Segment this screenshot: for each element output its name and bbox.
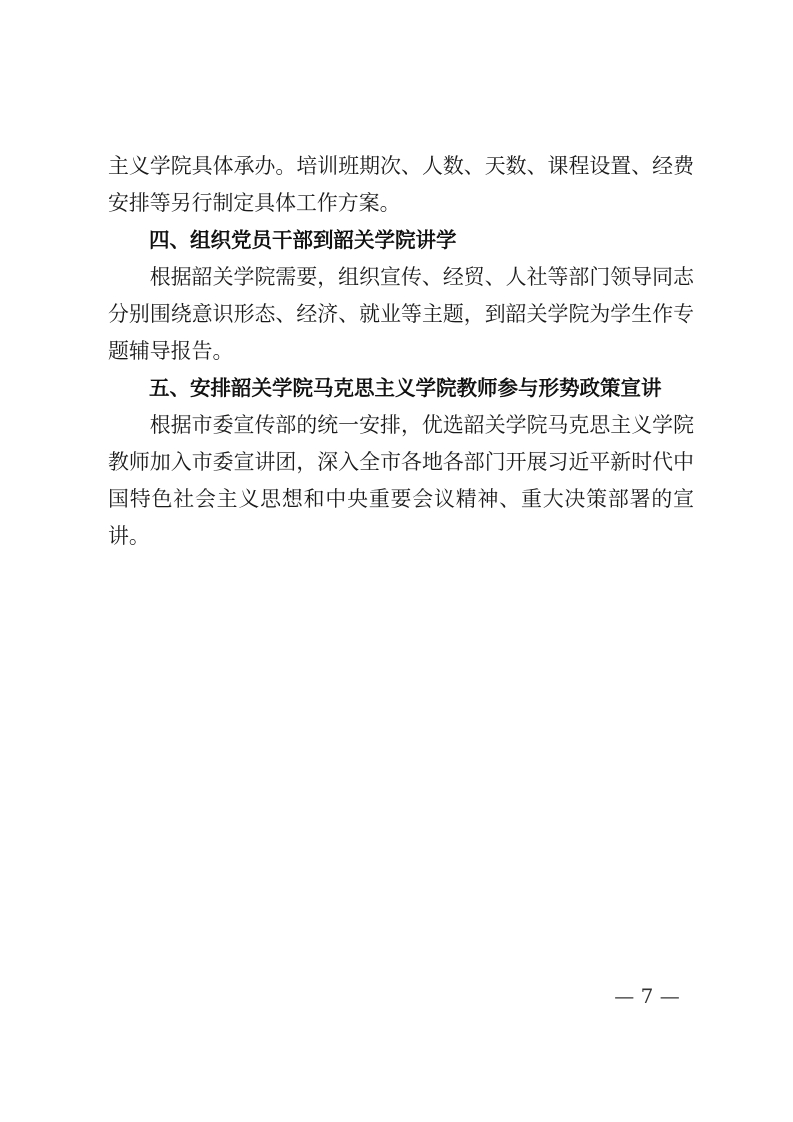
page-number: — 7 — [612,984,682,1008]
section-heading-5: 五、安排韶关学院马克思主义学院教师参与形势政策宣讲 [108,370,694,407]
body-paragraph-section-5: 根据市委宣传部的统一安排，优选韶关学院马克思主义学院教师加入市委宣讲团，深入全市… [108,407,694,555]
body-paragraph-section-4: 根据韶关学院需要，组织宣传、经贸、人社等部门领导同志分别围绕意识形态、经济、就业… [108,259,694,370]
body-paragraph-continued: 主义学院具体承办。培训班期次、人数、天数、课程设置、经费安排等另行制定具体工作方… [108,148,694,222]
document-body: 主义学院具体承办。培训班期次、人数、天数、课程设置、经费安排等另行制定具体工作方… [108,148,694,555]
section-heading-4: 四、组织党员干部到韶关学院讲学 [108,222,694,259]
